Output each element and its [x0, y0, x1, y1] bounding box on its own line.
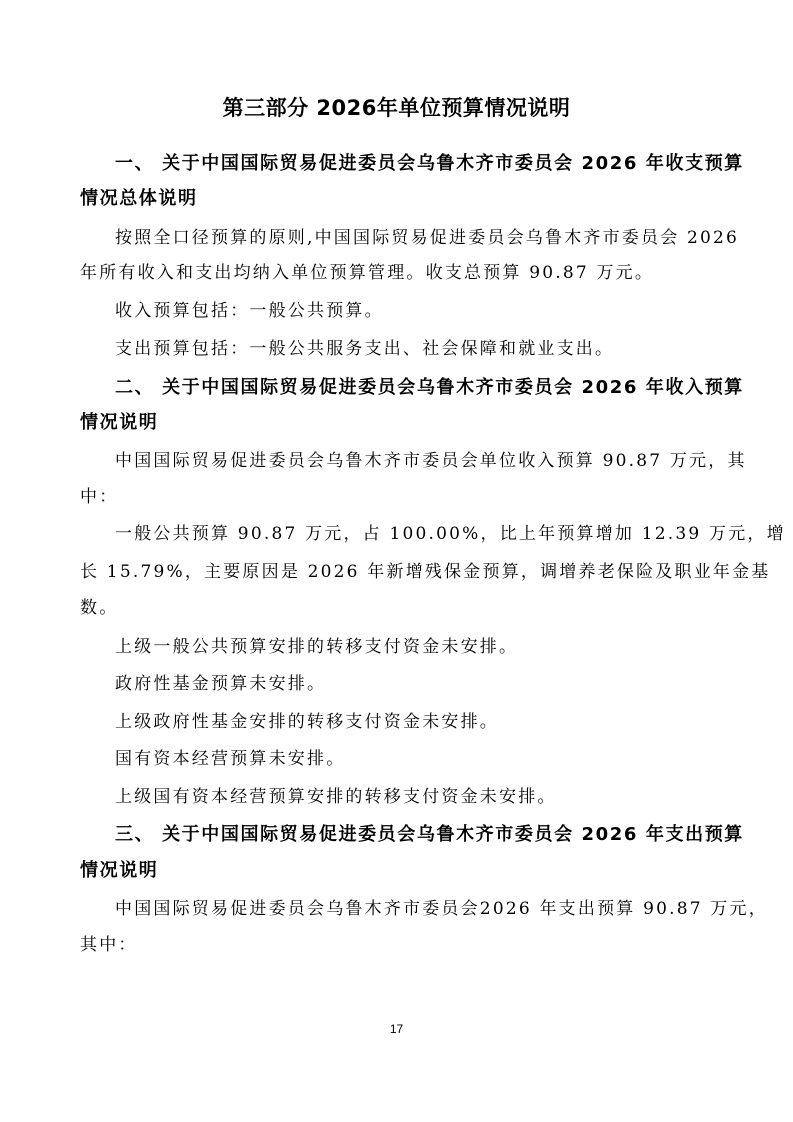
- section-2-paragraph-1-line1: 中国国际贸易促进委员会乌鲁木齐市委员会单位收入预算 90.87 万元，其: [115, 450, 747, 472]
- section-2-paragraph-4: 政府性基金预算未安排。: [115, 673, 326, 695]
- document-page: 第三部分 2026年单位预算情况说明 一、 关于中国国际贸易促进委员会乌鲁木齐市…: [0, 0, 793, 1122]
- section-3-paragraph-1-line1: 中国国际贸易促进委员会乌鲁木齐市委员会2026 年支出预算 90.87 万元，: [115, 898, 768, 920]
- page-number: 17: [0, 1022, 793, 1036]
- section-2-paragraph-5: 上级政府性基金安排的转移支付资金未安排。: [115, 711, 499, 733]
- section-2-paragraph-6: 国有资本经营预算未安排。: [115, 748, 345, 770]
- page-title: 第三部分 2026年单位预算情况说明: [0, 92, 793, 122]
- section-2-paragraph-2-line1: 一般公共预算 90.87 万元，占 100.00%，比上年预算增加 12.39 …: [115, 523, 786, 545]
- section-2-paragraph-1-line2: 中：: [80, 486, 118, 508]
- section-1-paragraph-3: 支出预算包括：一般公共服务支出、社会保障和就业支出。: [115, 338, 614, 360]
- section-1-paragraph-1-line1: 按照全口径预算的原则,中国国际贸易促进委员会乌鲁木齐市委员会 2026: [115, 227, 739, 249]
- section-2-paragraph-3: 上级一般公共预算安排的转移支付资金未安排。: [115, 636, 518, 658]
- section-2-paragraph-2-line2: 长 15.79%，主要原因是 2026 年新增残保金预算，调增养老保险及职业年金…: [80, 561, 771, 583]
- section-2-heading-line1: 二、 关于中国国际贸易促进委员会乌鲁木齐市委员会 2026 年收入预算: [115, 377, 744, 399]
- section-2-paragraph-2-line3: 数。: [80, 597, 118, 619]
- section-3-paragraph-1-line2: 其中：: [80, 934, 138, 956]
- section-3-heading-line1: 三、 关于中国国际贸易促进委员会乌鲁木齐市委员会 2026 年支出预算: [115, 824, 744, 846]
- section-2-paragraph-7: 上级国有资本经营预算安排的转移支付资金未安排。: [115, 786, 557, 808]
- section-1-heading-line2: 情况总体说明: [80, 188, 198, 210]
- section-3-heading-line2: 情况说明: [80, 860, 158, 882]
- section-1-paragraph-1-line2: 年所有收入和支出均纳入单位预算管理。收支总预算 90.87 万元。: [80, 262, 654, 284]
- section-1-heading-line1: 一、 关于中国国际贸易促进委员会乌鲁木齐市委员会 2026 年收支预算: [115, 153, 744, 175]
- section-1-paragraph-2: 收入预算包括：一般公共预算。: [115, 300, 384, 322]
- section-2-heading-line2: 情况说明: [80, 412, 158, 434]
